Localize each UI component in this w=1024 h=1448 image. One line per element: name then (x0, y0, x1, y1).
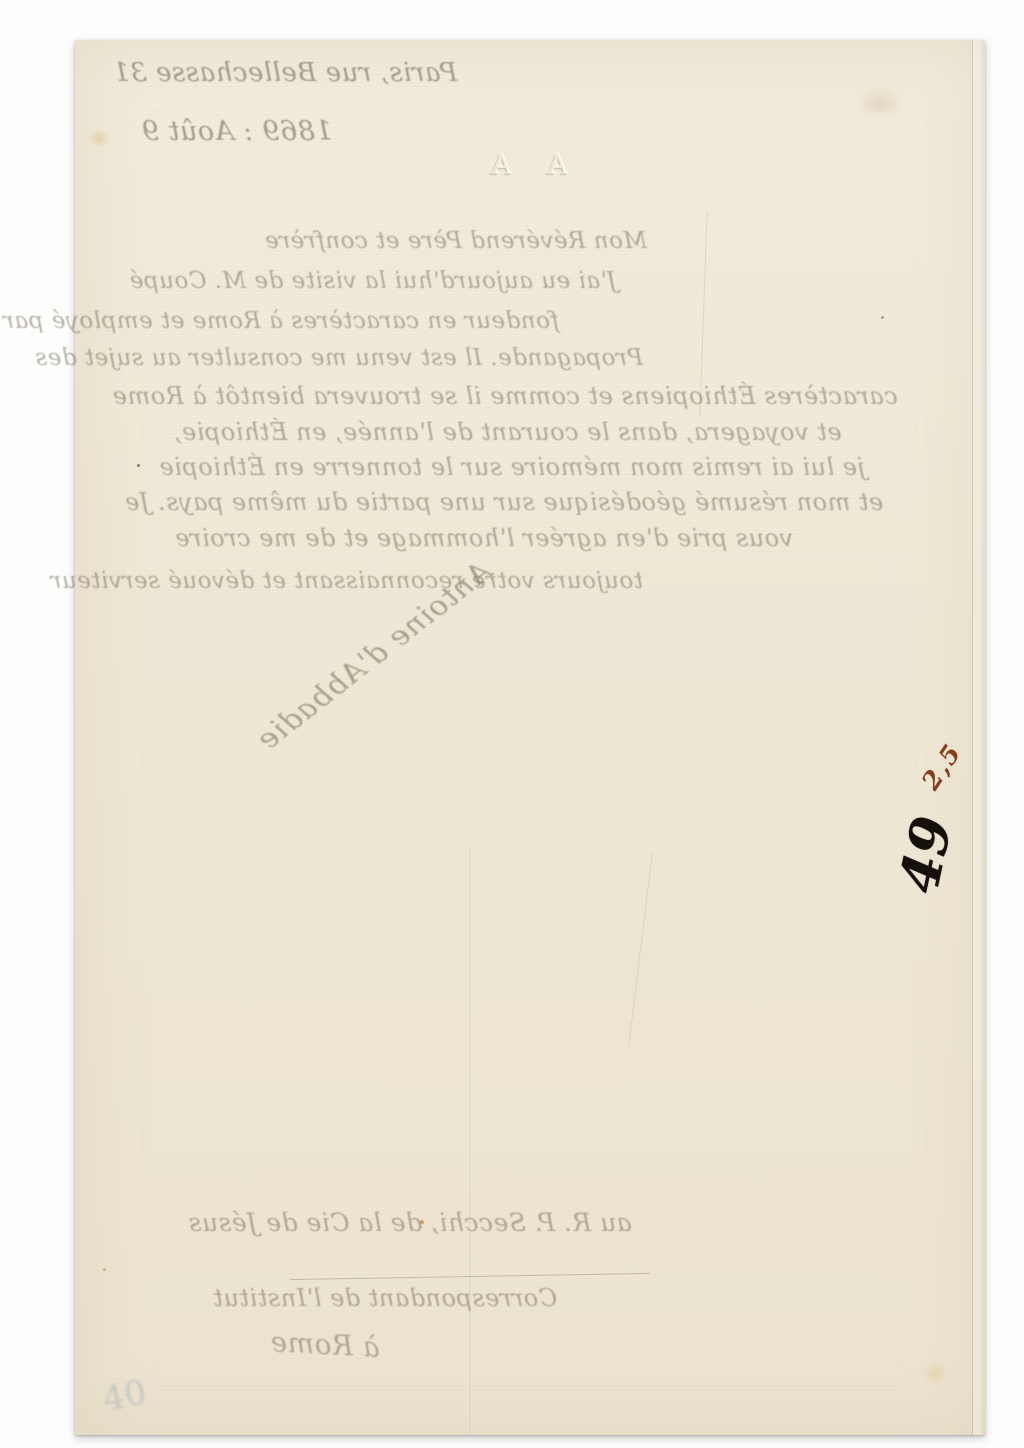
scanned-letter-verso: A A Paris, rue Bellechasse 31 1869 : Aoû… (0, 0, 1024, 1448)
bleedthrough-body-line: caractères Éthiopiens et comme il se tro… (75, 382, 935, 410)
bleedthrough-salutation: Mon Révérend Père et confrère (267, 228, 647, 254)
ink-speck (881, 316, 884, 319)
bleedthrough-recipient-line: à Rome (229, 1323, 420, 1366)
bleedthrough-body-line: et mon résumé géodésique sur une partie … (75, 488, 933, 516)
bleedthrough-letterhead-date: 1869 : Août 9 (117, 116, 357, 147)
right-fold-crease (972, 40, 981, 1435)
foxing-stain (89, 128, 109, 148)
bleedthrough-body-line: J'ai eu aujourd'hui la visite de M. Coup… (113, 268, 633, 294)
bleedthrough-body-line: et voyagera, dans le courant de l'année,… (85, 418, 930, 446)
paper-sheet: A A Paris, rue Bellechasse 31 1869 : Aoû… (75, 40, 985, 1435)
bleedthrough-body-line: je lui ai remis mon mémoire sur le tonne… (117, 453, 907, 481)
bleedthrough-recipient-line: au R. P. Secchi, de la Cie de Jésus (115, 1208, 705, 1237)
bleedthrough-closing-line: toujours votre reconnaissant et dévoué s… (173, 568, 643, 594)
archival-number-blue-pencil: 40 (99, 1372, 150, 1420)
bleedthrough-recipient-line: Correspondant de l'Institut (130, 1284, 640, 1312)
archival-number-red-ink: 2,5 (916, 738, 968, 795)
bleedthrough-body-line: fondeur en caractères à Rome et employé … (89, 308, 559, 334)
vertical-crease (468, 850, 470, 1435)
ink-speck (103, 1268, 106, 1271)
mid-diagonal-crease (628, 853, 653, 1047)
archival-number-black-ink: 49 (886, 810, 965, 899)
recipient-underline (290, 1273, 650, 1280)
embossed-monogram: A A (477, 150, 567, 181)
bleedthrough-letterhead-address: Paris, rue Bellechasse 31 (90, 58, 480, 88)
bleedthrough-body-line: Propagande. Il est venu me consulter au … (83, 345, 643, 371)
foxing-stain (857, 88, 903, 118)
foxing-stain (923, 1362, 947, 1384)
